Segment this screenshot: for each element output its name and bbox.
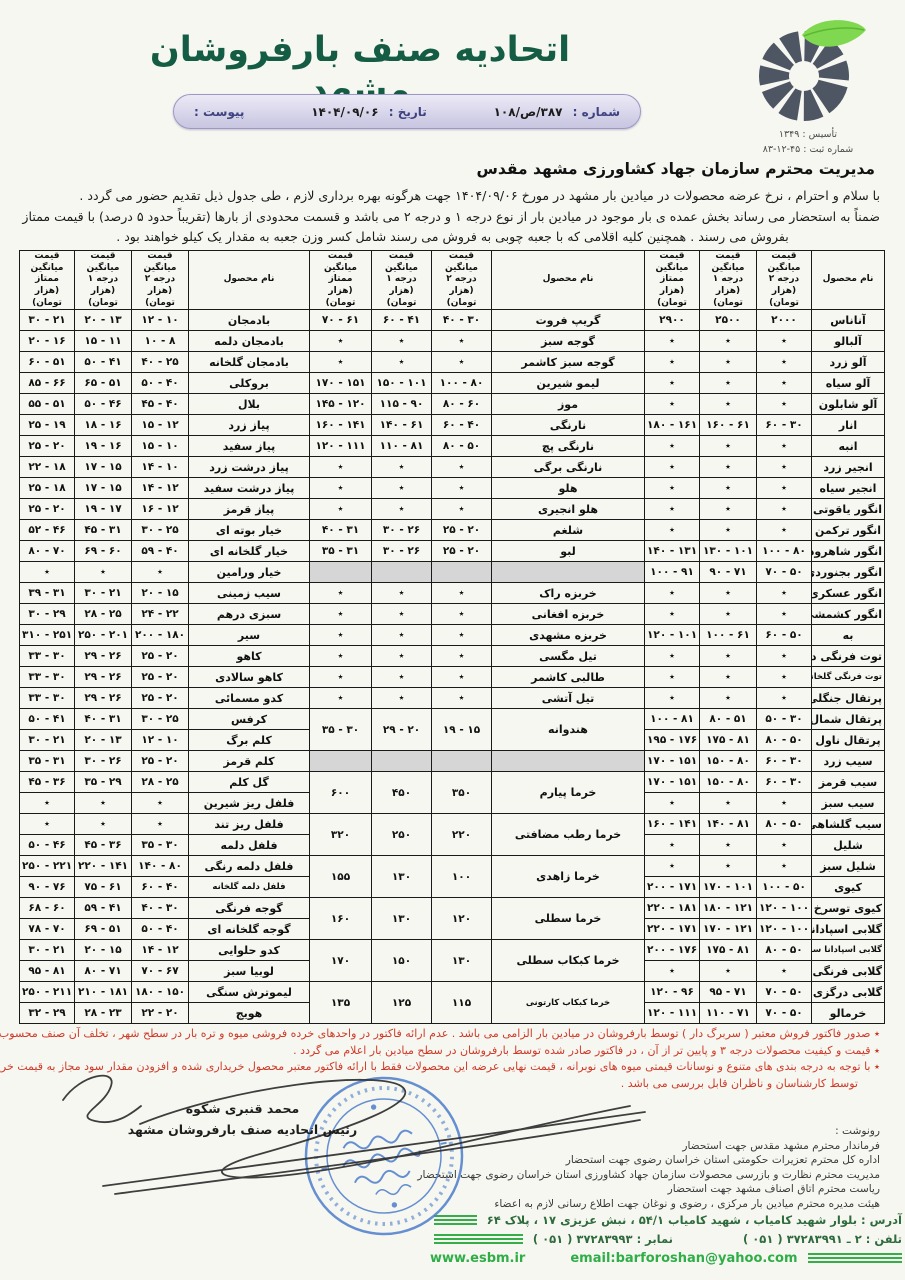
price-grade1-cell: ٭ — [372, 478, 432, 499]
price-premium-cell: ۴۵ - ۳۶ — [20, 772, 75, 793]
letter-attachment-field: پیوست : — [194, 105, 244, 119]
product-cell: لبو — [492, 541, 645, 562]
product-cell: انگور بجنوردی — [812, 562, 885, 583]
price-grade1-cell: ۱۵۰ — [372, 940, 432, 982]
price-grade1-cell: ۱۷۰ - ۱۰۱ — [700, 877, 757, 898]
table-row: گلابی اسپادانا سبز۸۰ - ۵۰۱۷۵ - ۸۱۲۰۰ - ۱… — [20, 940, 885, 961]
price-grade2-cell: ۶۰ - ۴۰ — [132, 877, 189, 898]
product-cell: پیاز سفید — [189, 436, 310, 457]
price-premium-cell: ۶۰ - ۵۱ — [20, 352, 75, 373]
price-grade2-cell: ۱۴ - ۱۲ — [132, 478, 189, 499]
price-grade2-cell: ٭ — [432, 331, 492, 352]
price-premium-cell: ٭ — [645, 835, 700, 856]
price-premium-cell: ۱۵۵ — [310, 856, 372, 898]
price-premium-cell: ۳۹ - ۳۱ — [20, 583, 75, 604]
price-premium-cell: ٭ — [645, 604, 700, 625]
letter-date-label: تاریخ : — [389, 105, 427, 119]
price-grade2-cell: ۸۰ - ۵۰ — [757, 940, 812, 961]
price-grade1-cell: ٭ — [700, 352, 757, 373]
price-grade2-cell: ۵۰ - ۳۰ — [757, 709, 812, 730]
product-cell: گلابی اسپادانا سبز — [812, 940, 885, 961]
product-cell: بلال — [189, 394, 310, 415]
price-grade2-cell: ٭ — [757, 436, 812, 457]
price-grade1-cell: ٭ — [372, 457, 432, 478]
price-premium-cell: ۳۵ - ۳۰ — [310, 709, 372, 751]
price-grade1-cell: ۱۳۰ — [372, 898, 432, 940]
product-cell: کدو حلوایی — [189, 940, 310, 961]
body-line: ضمناً به استحضار می رساند بخش عمده ی بار… — [25, 207, 880, 228]
letter-date-value: ۱۴۰۴/۰۹/۰۶ — [311, 105, 378, 119]
price-grade1-cell: ۶۹ - ۵۱ — [75, 919, 132, 940]
price-grade1-cell: ٭ — [700, 646, 757, 667]
price-premium-cell: ٭ — [20, 793, 75, 814]
price-premium-cell: ٭ — [645, 583, 700, 604]
recipient-title: مدیریت محترم سازمان جهاد کشاورزی مشهد مق… — [477, 160, 875, 178]
price-grade1-cell: ۳۰ - ۲۶ — [75, 751, 132, 772]
price-premium-cell: ۱۷۰ - ۱۵۱ — [645, 772, 700, 793]
product-cell: گریپ فروت — [492, 310, 645, 331]
price-grade2-cell: ٭ — [432, 646, 492, 667]
email-link[interactable]: email:barforoshan@yahoo.com — [570, 1251, 797, 1266]
product-cell: لیمو شیرین — [492, 373, 645, 394]
product-cell: کاهو — [189, 646, 310, 667]
price-grade1-cell: ٭ — [700, 667, 757, 688]
product-cell: لوبیا سبز — [189, 961, 310, 982]
product-cell: گوجه سبز کاشمر — [492, 352, 645, 373]
product-cell: بادمجان دلمه — [189, 331, 310, 352]
price-grade2-cell: ۲۰ - ۱۵ — [132, 583, 189, 604]
table-row: آلبالو٭٭٭گوجه سبز٭٭٭بادمجان دلمه۱۰ - ۸۱۵… — [20, 331, 885, 352]
price-premium-cell: ۲۰۰ - ۱۷۶ — [645, 940, 700, 961]
price-grade2-cell: ۲۰۰۰ — [757, 310, 812, 331]
price-premium-cell: ۳۳ - ۳۰ — [20, 688, 75, 709]
product-cell: هلو — [492, 478, 645, 499]
product-cell: کیوی — [812, 877, 885, 898]
price-premium-cell: ٭ — [310, 604, 372, 625]
price-grade1-cell: ٭ — [700, 688, 757, 709]
price-premium-cell: ۵۰ - ۴۶ — [20, 835, 75, 856]
letter-number-label: شماره : — [573, 105, 620, 119]
price-grade2-cell: ٭ — [757, 352, 812, 373]
header-premium: قیمت میانگینممتاز(هزار تومان) — [645, 251, 700, 310]
product-cell: شلغم — [492, 520, 645, 541]
product-cell: آلبالو — [812, 331, 885, 352]
price-grade1-cell: ۲۰ - ۱۳ — [75, 730, 132, 751]
price-grade1-cell: ۸۰ - ۵۱ — [700, 709, 757, 730]
price-grade2-cell: ۱۵ - ۱۰ — [132, 436, 189, 457]
price-premium-cell: ۵۲ - ۴۶ — [20, 520, 75, 541]
price-premium-cell: ۱۰۰ - ۸۱ — [645, 709, 700, 730]
price-grade1-cell: ٭ — [372, 646, 432, 667]
table-row: توت فرنگی گلخانه٭٭٭طالبی کاشمر٭٭٭کاهو سا… — [20, 667, 885, 688]
table-row: انبه٭٭٭نارنگی پچ۸۰ - ۵۰۱۱۰ - ۸۱۱۲۰ - ۱۱۱… — [20, 436, 885, 457]
product-cell: بادمجان گلخانه — [189, 352, 310, 373]
product-cell: انبه — [812, 436, 885, 457]
price-grade1-cell: ۱۱۰ - ۸۱ — [372, 436, 432, 457]
price-grade2-cell: ٭ — [757, 331, 812, 352]
header-product: نام محصول — [812, 251, 885, 310]
price-premium-cell: ۲۵ - ۲۰ — [20, 436, 75, 457]
price-premium-cell: ۱۳۵ — [310, 982, 372, 1024]
price-premium-cell: ۲۲۰ - ۱۸۱ — [645, 898, 700, 919]
price-grade2-cell: ۲۵ - ۲۰ — [432, 520, 492, 541]
price-premium-cell: ٭ — [645, 394, 700, 415]
table-row: انگور شاهرودی۱۰۰ - ۸۰۱۳۰ - ۱۰۱۱۴۰ - ۱۳۱ل… — [20, 541, 885, 562]
letter-meta-bar: شماره : ۳۸۷/ص/۱۰۸ تاریخ : ۱۴۰۴/۰۹/۰۶ پیو… — [173, 94, 641, 129]
product-cell: بادمجان — [189, 310, 310, 331]
price-premium-cell: ۱۷۰ - ۱۵۱ — [645, 751, 700, 772]
price-premium-cell: ٭ — [310, 352, 372, 373]
price-grade1-cell: ٭ — [700, 835, 757, 856]
price-premium-cell: ۲۹۰۰ — [645, 310, 700, 331]
price-grade1-cell: ۳۰ - ۲۶ — [372, 520, 432, 541]
product-cell: گل کلم — [189, 772, 310, 793]
price-grade2-cell: ۳۰ - ۲۵ — [132, 520, 189, 541]
price-premium-cell: ۲۵ - ۱۸ — [20, 478, 75, 499]
product-cell: فلفل ریز شیرین — [189, 793, 310, 814]
price-grade2-cell: ۲۵ - ۲۰ — [132, 646, 189, 667]
price-premium-cell: ٭ — [310, 667, 372, 688]
header-product: نام محصول — [492, 251, 645, 310]
price-grade1-cell: ۴۵۰ — [372, 772, 432, 814]
letter-number-value: ۳۸۷/ص/۱۰۸ — [494, 105, 563, 119]
price-premium-cell: ۲۵۰ - ۲۱۱ — [20, 982, 75, 1003]
price-premium-cell: ۲۲۰ - ۱۷۱ — [645, 919, 700, 940]
price-grade2-cell: ۷۰ - ۶۷ — [132, 961, 189, 982]
price-grade1-cell: ۷۵ - ۶۱ — [75, 877, 132, 898]
table-row: انجیر سیاه٭٭٭هلو٭٭٭پیاز درشت سفید۱۴ - ۱۲… — [20, 478, 885, 499]
price-premium-cell: ۳۰ - ۲۱ — [20, 940, 75, 961]
price-premium-cell: ۱۰۰ - ۹۱ — [645, 562, 700, 583]
price-grade1-cell: ۱۹ - ۱۶ — [75, 436, 132, 457]
product-cell: آلو سیاه — [812, 373, 885, 394]
price-grade1-cell: ۱۱۵ - ۹۰ — [372, 394, 432, 415]
product-cell: خربزه افغانی — [492, 604, 645, 625]
product-cell: گوجه فرنگی — [189, 898, 310, 919]
price-premium-cell: ۳۱۰ - ۲۵۱ — [20, 625, 75, 646]
empty-shaded-cell — [432, 751, 492, 772]
product-cell: خیار بوته ای — [189, 520, 310, 541]
product-cell: نارنگی برگی — [492, 457, 645, 478]
price-grade2-cell: ٭ — [132, 814, 189, 835]
price-grade1-cell: ۱۰۰ - ۶۱ — [700, 625, 757, 646]
product-cell: کاهو سالادی — [189, 667, 310, 688]
price-premium-cell: ۱۸۰ - ۱۶۱ — [645, 415, 700, 436]
table-row: آلو شابلون٭٭٭موز۸۰ - ۶۰۱۱۵ - ۹۰۱۴۵ - ۱۲۰… — [20, 394, 885, 415]
product-cell: انگور ترکمن — [812, 520, 885, 541]
price-premium-cell: ٭ — [645, 478, 700, 499]
product-cell: کدو مسمائی — [189, 688, 310, 709]
price-grade2-cell: ٭ — [757, 646, 812, 667]
price-grade2-cell: ۲۵ - ۲۰ — [132, 667, 189, 688]
price-grade2-cell: ٭ — [432, 667, 492, 688]
price-grade2-cell: ۲۲۰ — [432, 814, 492, 856]
price-premium-cell: ۸۵ - ۶۶ — [20, 373, 75, 394]
price-grade2-cell: ٭ — [757, 478, 812, 499]
price-grade2-cell: ٭ — [757, 688, 812, 709]
header-grade2: قیمت میانگیندرجه ۲(هزار تومان) — [432, 251, 492, 310]
price-grade2-cell: ٭ — [132, 793, 189, 814]
price-grade2-cell: ۱۳۰ — [432, 940, 492, 982]
header-grade1: قیمت میانگیندرجه ۱(هزار تومان) — [75, 251, 132, 310]
product-cell: انجیر زرد — [812, 457, 885, 478]
price-grade2-cell: ۷۰ - ۵۰ — [757, 1003, 812, 1024]
price-grade1-cell: ٭ — [372, 499, 432, 520]
price-premium-cell: ۲۲ - ۱۸ — [20, 457, 75, 478]
price-grade1-cell: ۲۵۰ — [372, 814, 432, 856]
table-row: انگور کشمشی٭٭٭خربزه افغانی٭٭٭سبزی درهم۲۴… — [20, 604, 885, 625]
product-cell: شلیل سبز — [812, 856, 885, 877]
table-row: آلو سیاه٭٭٭لیمو شیرین۱۰۰ - ۸۰۱۵۰ - ۱۰۱۱۷… — [20, 373, 885, 394]
price-grade2-cell: ٭ — [757, 604, 812, 625]
price-grade1-cell: ۱۵ - ۱۱ — [75, 331, 132, 352]
price-premium-cell: ۳۵ - ۳۱ — [310, 541, 372, 562]
price-grade1-cell: ۱۱۰ - ۷۱ — [700, 1003, 757, 1024]
price-grade2-cell: ٭ — [757, 520, 812, 541]
product-cell: آناناس — [812, 310, 885, 331]
empty-shaded-cell — [372, 562, 432, 583]
price-grade2-cell: ٭ — [757, 961, 812, 982]
header-grade2: قیمت میانگیندرجه ۲(هزار تومان) — [132, 251, 189, 310]
price-grade2-cell: ٭ — [432, 604, 492, 625]
product-cell: انگور یاقوتی — [812, 499, 885, 520]
price-grade1-cell: ۲۹ - ۲۶ — [75, 646, 132, 667]
price-grade2-cell: ٭ — [432, 688, 492, 709]
price-premium-cell: ۲۰ - ۱۶ — [20, 331, 75, 352]
price-premium-cell: ٭ — [645, 331, 700, 352]
price-premium-cell: ۶۰۰ — [310, 772, 372, 814]
price-premium-cell: ٭ — [310, 646, 372, 667]
price-grade1-cell: ۲۲۰ - ۱۴۱ — [75, 856, 132, 877]
price-premium-cell: ٭ — [645, 436, 700, 457]
price-premium-cell: ۵۵ - ۵۱ — [20, 394, 75, 415]
table-header-row: نام محصول قیمت میانگیندرجه ۲(هزار تومان)… — [20, 251, 885, 310]
product-cell: پیاز قرمز — [189, 499, 310, 520]
price-grade2-cell: ٭ — [432, 457, 492, 478]
price-premium-cell: ۸۰ - ۷۰ — [20, 541, 75, 562]
header-grade2: قیمت میانگیندرجه ۲(هزار تومان) — [757, 251, 812, 310]
price-premium-cell: ٭ — [310, 583, 372, 604]
price-grade2-cell: ۶۰ - ۳۰ — [757, 415, 812, 436]
price-grade1-cell: ۵۰ - ۴۶ — [75, 394, 132, 415]
header-product: نام محصول — [189, 251, 310, 310]
product-cell: خرما رطب مضافتی — [492, 814, 645, 856]
price-grade2-cell: ۴۰ - ۳۰ — [132, 898, 189, 919]
product-cell: خرمالو — [812, 1003, 885, 1024]
price-grade2-cell: ۸۰ - ۵۰ — [757, 814, 812, 835]
empty-shaded-cell — [492, 751, 645, 772]
price-premium-cell: ۲۵ - ۲۰ — [20, 499, 75, 520]
price-grade1-cell: ۹۰ - ۷۱ — [700, 562, 757, 583]
price-grade1-cell: ٭ — [700, 478, 757, 499]
price-grade1-cell: ۵۰ - ۴۱ — [75, 352, 132, 373]
price-grade1-cell: ۲۰ - ۱۳ — [75, 310, 132, 331]
price-premium-cell: ۱۲۰ - ۹۶ — [645, 982, 700, 1003]
price-grade2-cell: ۱۱۵ — [432, 982, 492, 1024]
price-grade2-cell: ٭ — [432, 625, 492, 646]
contact-footer: آدرس : بلوار شهید کامیاب ، شهید کامیاب ۵… — [430, 1213, 902, 1271]
price-grade1-cell: ٭ — [700, 856, 757, 877]
product-cell: شلیل — [812, 835, 885, 856]
price-grade2-cell: ٭ — [432, 583, 492, 604]
price-grade1-cell: ۲۸ - ۲۳ — [75, 1003, 132, 1024]
price-grade1-cell: ۲۹ - ۲۶ — [75, 688, 132, 709]
price-grade2-cell: ۴۰ - ۲۵ — [132, 352, 189, 373]
price-grade1-cell: ۸۰ - ۷۱ — [75, 961, 132, 982]
header-premium: قیمت میانگینممتاز(هزار تومان) — [310, 251, 372, 310]
price-premium-cell: ٭ — [645, 520, 700, 541]
price-grade1-cell: ٭ — [700, 604, 757, 625]
price-grade2-cell: ۱۲۰ - ۱۰۰ — [757, 898, 812, 919]
price-premium-cell: ۳۲ - ۲۹ — [20, 1003, 75, 1024]
price-grade1-cell: ٭ — [372, 688, 432, 709]
price-grade2-cell: ۶۰ - ۵۰ — [757, 625, 812, 646]
price-grade2-cell: ۲۵ - ۲۰ — [132, 751, 189, 772]
price-grade1-cell: ٭ — [700, 961, 757, 982]
product-cell: گلابی درگزی — [812, 982, 885, 1003]
price-grade2-cell: ٭ — [132, 562, 189, 583]
price-grade2-cell: ۵۰ - ۴۰ — [132, 919, 189, 940]
product-cell: خرما سطلی — [492, 898, 645, 940]
product-cell: گوجه سبز — [492, 331, 645, 352]
table-row: سیب گلشاهی۸۰ - ۵۰۱۴۰ - ۸۱۱۶۰ - ۱۴۱خرما ر… — [20, 814, 885, 835]
green-stripe-bar — [808, 1253, 902, 1264]
price-grade1-cell: ۱۸ - ۱۶ — [75, 415, 132, 436]
price-grade1-cell: ۱۷۰ - ۱۲۱ — [700, 919, 757, 940]
price-grade2-cell: ٭ — [432, 478, 492, 499]
price-grade1-cell: ٭ — [700, 583, 757, 604]
product-cell: سبزی درهم — [189, 604, 310, 625]
price-grade1-cell: ٭ — [700, 499, 757, 520]
price-grade1-cell: ۲۹ - ۲۶ — [75, 667, 132, 688]
product-cell: گلابی فرنگی — [812, 961, 885, 982]
price-premium-cell: ٭ — [645, 688, 700, 709]
price-premium-cell: ۳۳ - ۳۰ — [20, 646, 75, 667]
table-row: گلابی درگزی۷۰ - ۵۰۹۵ - ۷۱۱۲۰ - ۹۶خرما کب… — [20, 982, 885, 1003]
price-grade1-cell: ۶۹ - ۶۰ — [75, 541, 132, 562]
price-grade1-cell: ۱۸۰ - ۱۲۱ — [700, 898, 757, 919]
table-row: انار۶۰ - ۳۰۱۶۰ - ۶۱۱۸۰ - ۱۶۱نارنگی۶۰ - ۴… — [20, 415, 885, 436]
product-cell: فلفل دلمه — [189, 835, 310, 856]
letter-number-field: شماره : ۳۸۷/ص/۱۰۸ — [494, 105, 620, 119]
price-grade1-cell: ٭ — [372, 583, 432, 604]
product-cell: به — [812, 625, 885, 646]
letter-date-field: تاریخ : ۱۴۰۴/۰۹/۰۶ — [311, 105, 427, 119]
price-premium-cell: ۱۲۰ - ۱۱۱ — [645, 1003, 700, 1024]
product-cell: گلابی اسپادانا — [812, 919, 885, 940]
price-premium-cell: ۹۰ - ۷۶ — [20, 877, 75, 898]
product-cell: سیب گلشاهی — [812, 814, 885, 835]
price-grade1-cell: ۶۵ - ۵۱ — [75, 373, 132, 394]
product-cell: انگور عسکری — [812, 583, 885, 604]
price-premium-cell: ٭ — [20, 814, 75, 835]
price-grade2-cell: ۱۰ - ۸ — [132, 331, 189, 352]
product-cell: طالبی کاشمر — [492, 667, 645, 688]
price-grade1-cell: ٭ — [700, 373, 757, 394]
product-cell: نارنگی — [492, 415, 645, 436]
product-cell: انگور کشمشی — [812, 604, 885, 625]
body-line: بفروش می رسند . همچنین کلیه اقلامی که با… — [25, 227, 880, 248]
price-premium-cell: ۲۰۰ - ۱۷۱ — [645, 877, 700, 898]
price-grade1-cell: ۱۵۰ - ۸۰ — [700, 772, 757, 793]
product-cell: انجیر سیاه — [812, 478, 885, 499]
price-grade2-cell: ٭ — [757, 667, 812, 688]
product-cell: خربزه مشهدی — [492, 625, 645, 646]
signer-name: محمد قنبری شکوه — [115, 1098, 370, 1119]
product-cell: پیاز درشت سفید — [189, 478, 310, 499]
price-grade2-cell: ۲۵ - ۲۰ — [432, 541, 492, 562]
product-cell: آلو شابلون — [812, 394, 885, 415]
price-premium-cell: ٭ — [310, 688, 372, 709]
product-cell: موز — [492, 394, 645, 415]
signature-scribble — [45, 1066, 665, 1216]
product-cell: نارنگی پچ — [492, 436, 645, 457]
price-premium-cell: ٭ — [645, 667, 700, 688]
product-cell: هندوانه — [492, 709, 645, 751]
price-grade1-cell: ۴۵ - ۳۱ — [75, 520, 132, 541]
product-cell: فلفل ریز تند — [189, 814, 310, 835]
price-premium-cell: ۱۶۰ - ۱۴۱ — [645, 814, 700, 835]
website-link[interactable]: www.esbm.ir — [430, 1251, 525, 1266]
price-grade1-cell: ۲۵۰ - ۲۰۱ — [75, 625, 132, 646]
price-grade2-cell: ٭ — [757, 373, 812, 394]
product-cell: انگور شاهرودی — [812, 541, 885, 562]
product-cell: سیب قرمز — [812, 772, 885, 793]
price-grade2-cell: ۶۰ - ۳۰ — [757, 751, 812, 772]
product-cell: سیب زرد — [812, 751, 885, 772]
price-premium-cell: ٭ — [645, 373, 700, 394]
price-premium-cell: ۹۵ - ۸۱ — [20, 961, 75, 982]
product-cell: کلم برگ — [189, 730, 310, 751]
price-grade2-cell: ۵۹ - ۴۰ — [132, 541, 189, 562]
empty-shaded-cell — [310, 751, 372, 772]
empty-shaded-cell — [432, 562, 492, 583]
price-grade2-cell: ۱۰۰ — [432, 856, 492, 898]
price-grade2-cell: ٭ — [757, 499, 812, 520]
product-cell: پرتقال ناول — [812, 730, 885, 751]
product-cell: کلم قرمز — [189, 751, 310, 772]
price-grade2-cell: ۶۰ - ۳۰ — [757, 772, 812, 793]
price-premium-cell: ۶۸ - ۶۰ — [20, 898, 75, 919]
product-cell: پرتقال شمال — [812, 709, 885, 730]
price-grade1-cell: ۲۸ - ۲۵ — [75, 604, 132, 625]
price-premium-cell: ۱۲۰ - ۱۱۱ — [310, 436, 372, 457]
table-row: پرتقال جنگلی٭٭٭تیل آتشی٭٭٭کدو مسمائی۲۵ -… — [20, 688, 885, 709]
product-cell: بروکلی — [189, 373, 310, 394]
price-grade1-cell: ٭ — [75, 814, 132, 835]
price-grade1-cell: ۱۷۵ - ۸۱ — [700, 940, 757, 961]
price-grade2-cell: ۵۰ - ۴۰ — [132, 373, 189, 394]
price-grade1-cell: ۱۴۰ - ۸۱ — [700, 814, 757, 835]
empty-shaded-cell — [372, 751, 432, 772]
product-cell: خربزه راک — [492, 583, 645, 604]
price-premium-cell: ٭ — [310, 478, 372, 499]
price-table: نام محصول قیمت میانگیندرجه ۲(هزار تومان)… — [19, 250, 885, 1024]
price-grade2-cell: ۲۵ - ۲۰ — [132, 688, 189, 709]
header-grade1: قیمت میانگیندرجه ۱(هزار تومان) — [700, 251, 757, 310]
phone-row: تلفن : ۲ ـ ۳۷۲۸۳۹۹۱ ( ۰۵۱ ) نمابر : ۳۷۲۸… — [430, 1232, 902, 1246]
product-cell: انار — [812, 415, 885, 436]
product-cell: خرما پیارم — [492, 772, 645, 814]
established-label: تأسیس : ۱۳۴۹ — [733, 128, 883, 141]
price-grade2-cell: ٭ — [757, 835, 812, 856]
product-cell: پیاز زرد — [189, 415, 310, 436]
price-premium-cell: ۳۰ - ۲۹ — [20, 604, 75, 625]
product-cell: تیل مگسی — [492, 646, 645, 667]
price-premium-cell: ٭ — [310, 625, 372, 646]
price-premium-cell: ۱۶۰ - ۱۴۱ — [310, 415, 372, 436]
price-grade1-cell: ۳۰ - ۲۶ — [372, 541, 432, 562]
